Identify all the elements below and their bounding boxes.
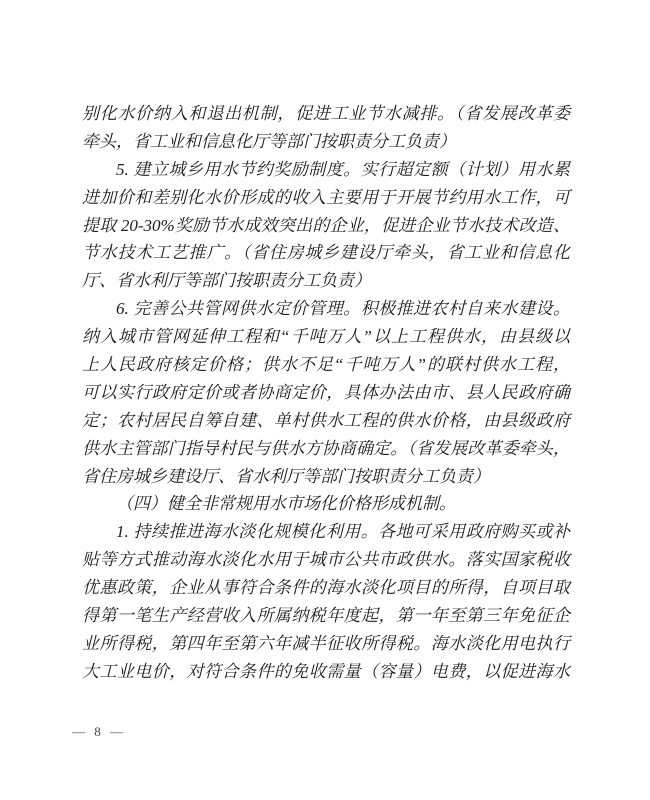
text-line: 1. 持续推进海水淡化规模化利用。各地可采用政府购买或补 [82,518,570,546]
scanned-document-page: 别化水价纳入和退出机制，促进工业节水减排。（省发展改革委牵头，省工业和信息化厅等… [0,0,650,800]
text-line: 省住房城乡建设厅、省水利厅等部门按职责分工负责） [82,463,570,491]
text-line: （四）健全非常规用水市场化价格形成机制。 [82,490,570,518]
text-line: 厅、省水利厅等部门按职责分工负责） [82,267,570,295]
text-line: 贴等方式推动海水淡化水用于城市公共市政供水。落实国家税收 [82,546,570,574]
text-line: 得第一笔生产经营收入所属纳税年度起，第一年至第三年免征企 [82,602,570,630]
text-line: 进加价和差别化水价形成的收入主要用于开展节约用水工作，可 [82,184,570,212]
page-number: — 8 — [72,724,126,740]
text-line: 5. 建立城乡用水节约奖励制度。实行超定额（计划）用水累 [82,156,570,184]
text-line: 节水技术工艺推广。（省住房城乡建设厅牵头，省工业和信息化 [82,239,570,267]
text-line: 纳入城市管网延伸工程和“千吨万人”以上工程供水，由县级以 [82,323,570,351]
text-line: 业所得税，第四年至第六年减半征收所得税。海水淡化用电执行 [82,630,570,658]
text-line: 牵头，省工业和信息化厅等部门按职责分工负责） [82,128,570,156]
text-line: 别化水价纳入和退出机制，促进工业节水减排。（省发展改革委 [82,100,570,128]
text-line: 供水主管部门指导村民与供水方协商确定。（省发展改革委牵头， [82,435,570,463]
body-text: 别化水价纳入和退出机制，促进工业节水减排。（省发展改革委牵头，省工业和信息化厅等… [82,100,570,686]
text-line: 可以实行政府定价或者协商定价，具体办法由市、县人民政府确 [82,379,570,407]
text-line: 大工业电价，对符合条件的免收需量（容量）电费，以促进海水 [82,658,570,686]
text-line: 上人民政府核定价格；供水不足“千吨万人”的联村供水工程， [82,351,570,379]
text-line: 定；农村居民自筹自建、单村供水工程的供水价格，由县级政府 [82,407,570,435]
text-line: 6. 完善公共管网供水定价管理。积极推进农村自来水建设。 [82,295,570,323]
text-line: 优惠政策，企业从事符合条件的海水淡化项目的所得，自项目取 [82,574,570,602]
text-line: 提取 20-30%奖励节水成效突出的企业，促进企业节水技术改造、 [82,212,570,240]
